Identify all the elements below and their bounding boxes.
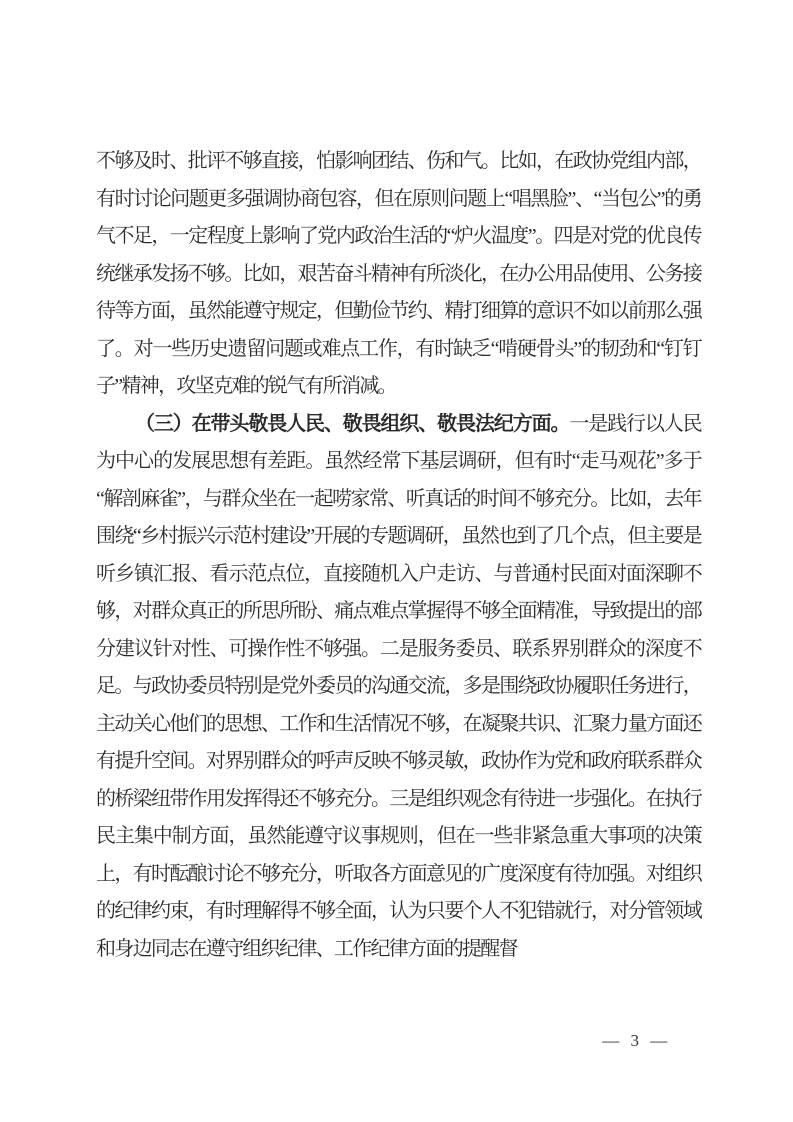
document-page: 不够及时、批评不够直接，怕影响团结、伤和气。比如，在政协党组内部，有时讨论问题更…	[0, 0, 793, 1122]
document-body: 不够及时、批评不够直接，怕影响团结、伤和气。比如，在政协党组内部，有时讨论问题更…	[96, 143, 701, 968]
body-text: 一是践行以人民为中心的发展思想有差距。虽然经常下基层调研，但有时“走马观花”多于…	[96, 413, 701, 960]
body-text: 不够及时、批评不够直接，怕影响团结、伤和气。比如，在政协党组内部，有时讨论问题更…	[96, 150, 701, 397]
section-heading-text: （三）在带头敬畏人民、敬畏组织、敬畏法纪方面。	[135, 413, 569, 435]
page-number: — 3 —	[583, 1031, 687, 1051]
paragraph: （三）在带头敬畏人民、敬畏组织、敬畏法纪方面。一是践行以人民为中心的发展思想有差…	[96, 406, 701, 969]
paragraph: 不够及时、批评不够直接，怕影响团结、伤和气。比如，在政协党组内部，有时讨论问题更…	[96, 143, 701, 406]
